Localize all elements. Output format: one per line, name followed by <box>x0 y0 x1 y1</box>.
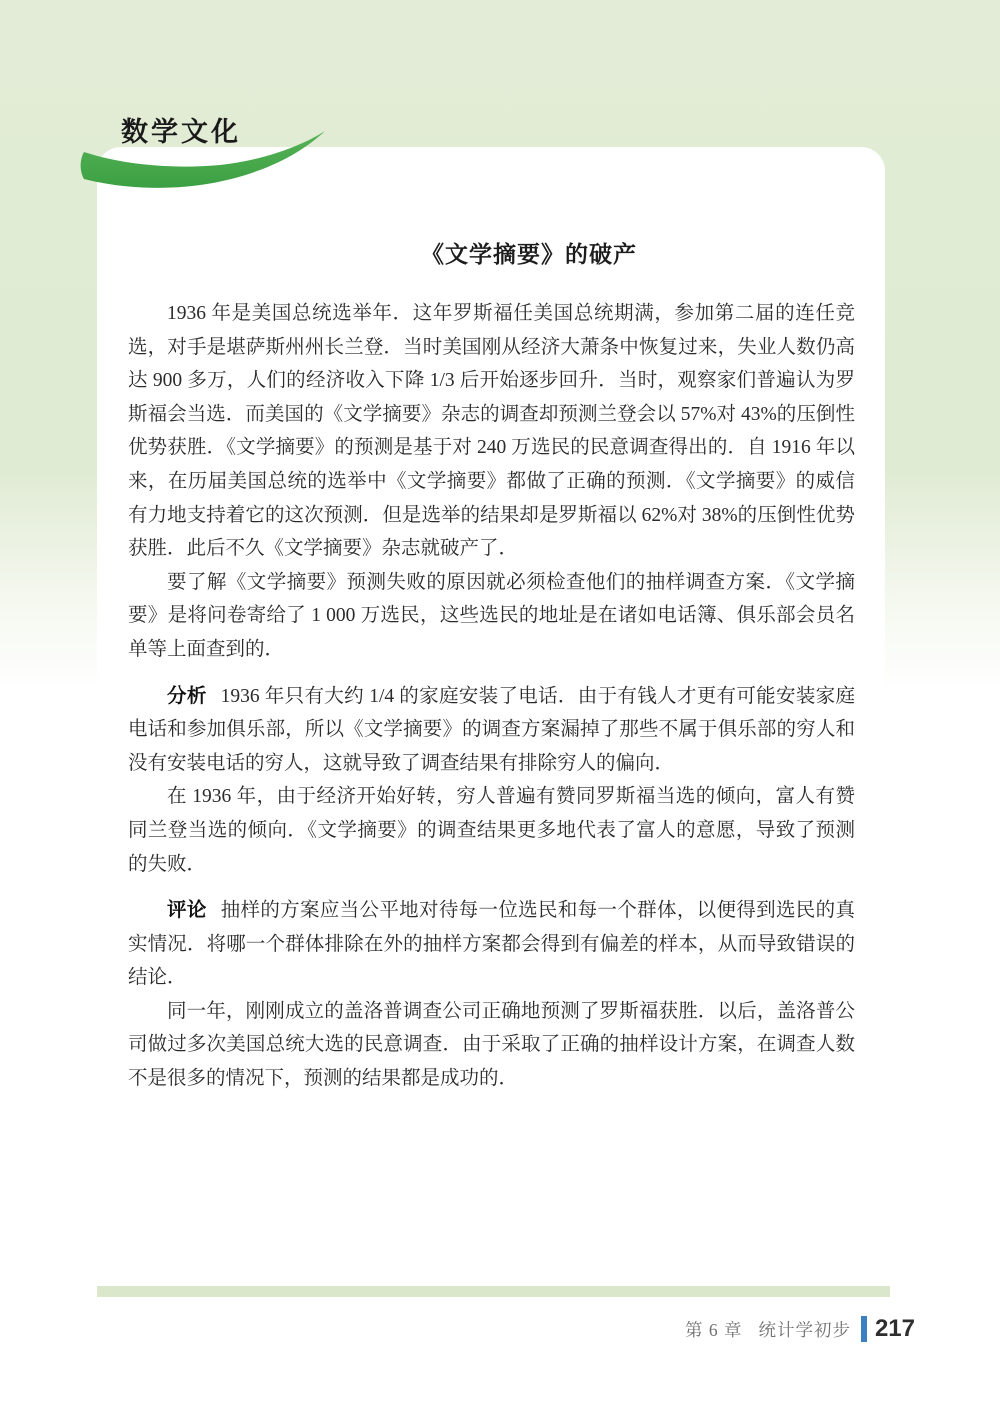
page-footer: 第 6 章 统计学初步 217 <box>685 1315 915 1343</box>
paragraph-text: 在 1936 年，由于经济开始好转，穷人普遍有赞同罗斯福当选的倾向，富人有赞同兰… <box>128 786 855 874</box>
paragraph-intro: 1936 年是美国总统选举年．这年罗斯福任美国总统期满，参加第二届的连任竞选，对… <box>128 297 855 566</box>
paragraph-tendency: 在 1936 年，由于经济开始好转，穷人普遍有赞同罗斯福当选的倾向，富人有赞同兰… <box>128 780 855 881</box>
paragraph-analysis: 分析1936 年只有大约 1/4 的家庭安装了电话．由于有钱人才更有可能安装家庭… <box>128 680 855 781</box>
footer-chapter: 第 6 章 <box>685 1317 743 1342</box>
page-number-rule <box>861 1316 867 1342</box>
comment-label: 评论 <box>167 899 207 921</box>
textbook-page: { "page": { "background_green": "#e0ebd3… <box>0 0 1000 1422</box>
footer-rule <box>97 1286 890 1297</box>
paragraph-gallup: 同一年，刚刚成立的盖洛普调查公司正确地预测了罗斯福获胜．以后，盖洛普公司做过多次… <box>128 995 855 1096</box>
paragraph-text: 抽样的方案应当公平地对待每一位选民和每一个群体，以便得到选民的真实情况．将哪一个… <box>128 900 855 988</box>
paragraph-text: 1936 年只有大约 1/4 的家庭安装了电话．由于有钱人才更有可能安装家庭电话… <box>128 686 855 774</box>
paragraph-text: 同一年，刚刚成立的盖洛普调查公司正确地预测了罗斯福获胜．以后，盖洛普公司做过多次… <box>128 1001 855 1089</box>
paragraph-survey-method: 要了解《文学摘要》预测失败的原因就必须检查他们的抽样调查方案．《文学摘要》是将问… <box>128 566 855 667</box>
footer-section: 统计学初步 <box>758 1317 851 1342</box>
article-title: 《文学摘要》的破产 <box>97 236 885 269</box>
page-number: 217 <box>875 1315 915 1343</box>
section-header: 数学文化 <box>121 110 241 149</box>
paragraph-comment: 评论抽样的方案应当公平地对待每一位选民和每一个群体，以便得到选民的真实情况．将哪… <box>128 894 855 995</box>
analysis-label: 分析 <box>167 685 207 707</box>
article-body: 1936 年是美国总统选举年．这年罗斯福任美国总统期满，参加第二届的连任竞选，对… <box>128 297 855 1096</box>
paragraph-text: 1936 年是美国总统选举年．这年罗斯福任美国总统期满，参加第二届的连任竞选，对… <box>128 303 855 559</box>
paragraph-text: 要了解《文学摘要》预测失败的原因就必须检查他们的抽样调查方案．《文学摘要》是将问… <box>128 572 855 660</box>
